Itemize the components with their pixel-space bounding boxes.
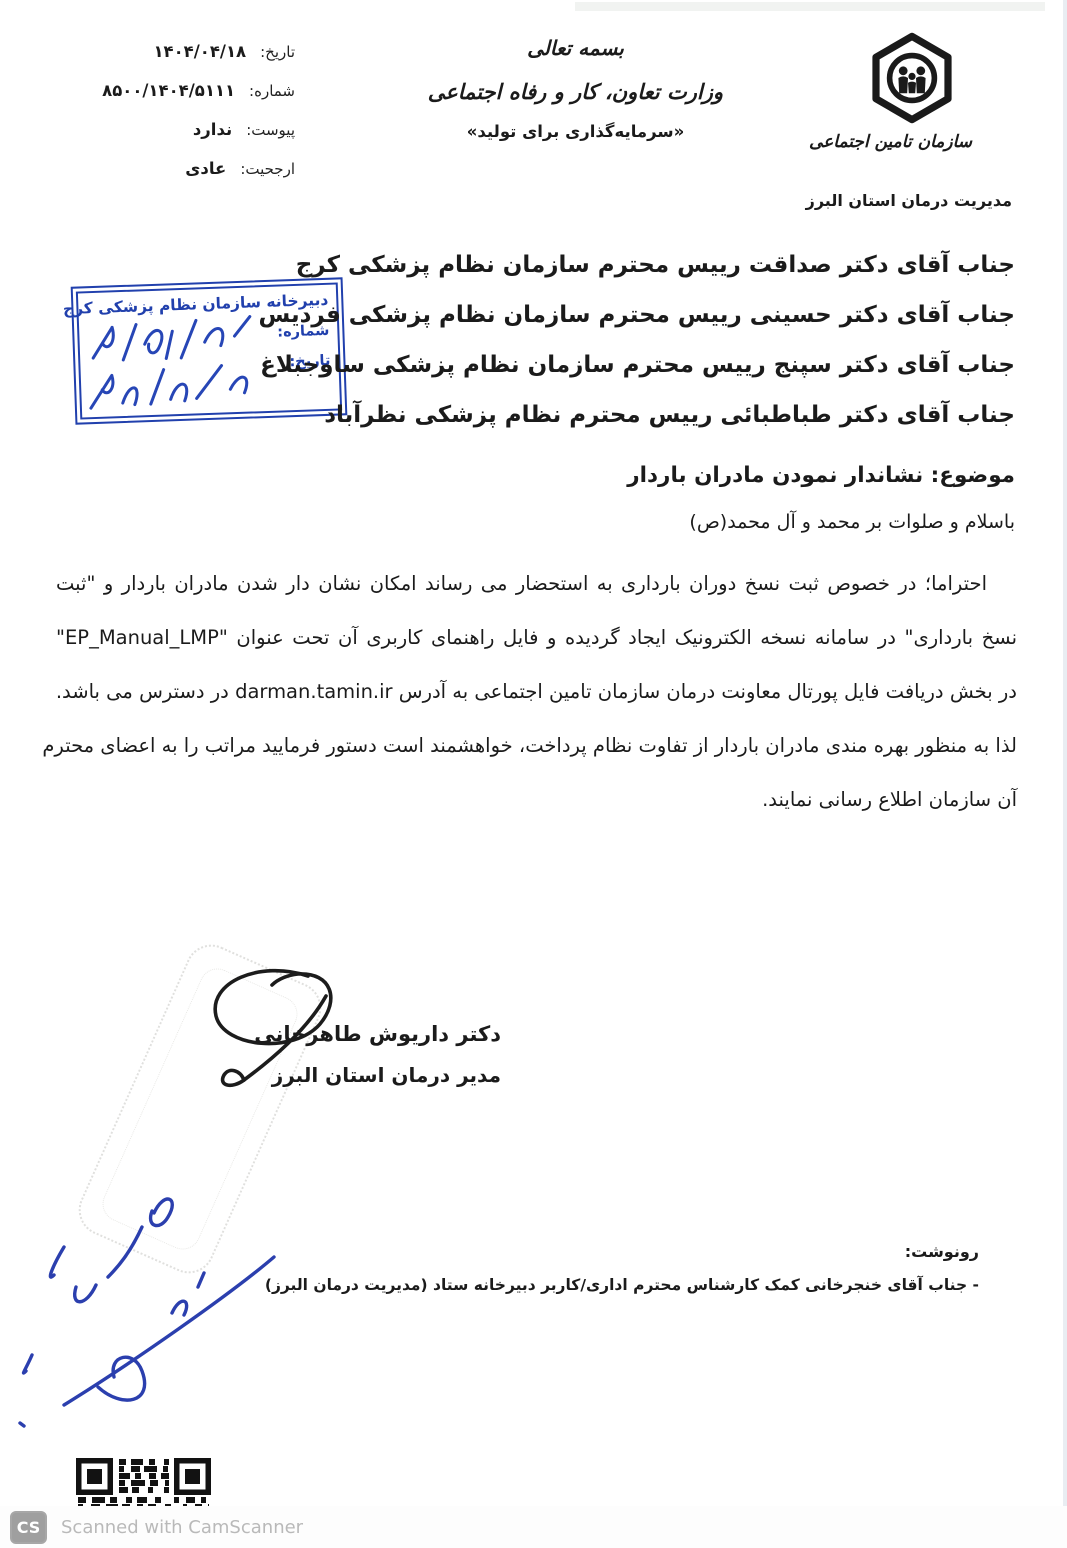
recipient-line: جناب آقای دکتر طباطبائی رییس محترم نظام … [258, 390, 1015, 440]
meta-row-number: شماره: ۸۵۰۰/۱۴۰۴/۵۱۱۱ [55, 81, 295, 100]
scanned-letter-page: تاریخ: ۱۴۰۴/۰۴/۱۸ شماره: ۸۵۰۰/۱۴۰۴/۵۱۱۱ … [0, 0, 1067, 1548]
signatory-name: دکتر داریوش طاهرخانی [254, 1022, 501, 1046]
meta-row-attachment: پیوست: ندارد [55, 120, 295, 139]
recipient-line: جناب آقای دکتر صداقت رییس محترم سازمان ن… [258, 240, 1015, 290]
cc-item: - جناب آقای خنجرخانی کمک کارشناس محترم ا… [265, 1276, 979, 1294]
signatory-title: مدیر درمان استان البرز [254, 1063, 501, 1087]
camscanner-logo-icon: CS [10, 1511, 47, 1544]
signature-block: دکتر داریوش طاهرخانی مدیر درمان استان ال… [254, 1022, 501, 1087]
scan-artifact [1063, 0, 1067, 1548]
priority-label: ارجحیت: [240, 160, 295, 178]
org-department: مدیریت درمان استان البرز [806, 191, 1012, 210]
recipient-line: جناب آقای دکتر سپنج رییس محترم سازمان نظ… [258, 340, 1015, 390]
recipient-line: جناب آقای دکتر حسینی رییس محترم سازمان ن… [258, 290, 1015, 340]
recipient-list: جناب آقای دکتر صداقت رییس محترم سازمان ن… [258, 240, 1015, 440]
date-value: ۱۴۰۴/۰۴/۱۸ [153, 42, 246, 61]
meta-row-priority: ارجحیت: عادی [55, 159, 295, 178]
year-slogan: «سرمایه‌گذاری برای تولید» [428, 122, 723, 141]
org-name: سازمان تامین اجتماعی [852, 132, 972, 152]
meta-row-date: تاریخ: ۱۴۰۴/۰۴/۱۸ [55, 42, 295, 61]
camscanner-watermark-text: Scanned with CamScanner [61, 1517, 303, 1538]
subject-line: موضوع: نشاندار نمودن مادران باردار [627, 463, 1015, 488]
ghost-stamp-bleedthrough [70, 936, 329, 1281]
attachment-label: پیوست: [246, 121, 295, 139]
letter-body: احتراما؛ در خصوص ثبت نسخ دوران بارداری ب… [56, 557, 1017, 827]
org-logo-block: سازمان تامین اجتماعی [852, 30, 972, 152]
attachment-value: ندارد [193, 120, 232, 139]
body-line: لذا به منظور بهره مندی مادران باردار از … [56, 719, 1017, 773]
ministry-name: وزارت تعاون، کار و رفاه اجتماعی [428, 80, 723, 104]
basmala-text: بسمه تعالی [428, 36, 723, 60]
number-value: ۸۵۰۰/۱۴۰۴/۵۱۱۱ [102, 81, 235, 100]
body-line: آن سازمان اطلاع رسانی نمایند. [56, 773, 1017, 827]
letter-meta-block: تاریخ: ۱۴۰۴/۰۴/۱۸ شماره: ۸۵۰۰/۱۴۰۴/۵۱۱۱ … [55, 42, 295, 198]
camscanner-footer: CS Scanned with CamScanner [0, 1506, 1067, 1548]
cc-block: رونوشت: - جناب آقای خنجرخانی کمک کارشناس… [265, 1242, 979, 1294]
letterhead-center: بسمه تعالی وزارت تعاون، کار و رفاه اجتما… [428, 36, 723, 141]
body-line: در بخش دریافت فایل پورتال معاونت درمان س… [56, 665, 1017, 719]
cc-label: رونوشت: [265, 1242, 979, 1261]
scan-artifact [575, 2, 1045, 11]
tamin-ejtemaei-logo-icon [864, 30, 960, 126]
priority-value: عادی [185, 159, 226, 178]
salutation-line: باسلام و صلوات بر محمد و آل محمد(ص) [689, 511, 1015, 533]
body-line: احتراما؛ در خصوص ثبت نسخ دوران بارداری ب… [56, 557, 1017, 611]
date-label: تاریخ: [260, 43, 295, 61]
number-label: شماره: [249, 82, 295, 100]
body-line: نسخ بارداری" در سامانه نسخه الکترونیک ای… [56, 611, 1017, 665]
